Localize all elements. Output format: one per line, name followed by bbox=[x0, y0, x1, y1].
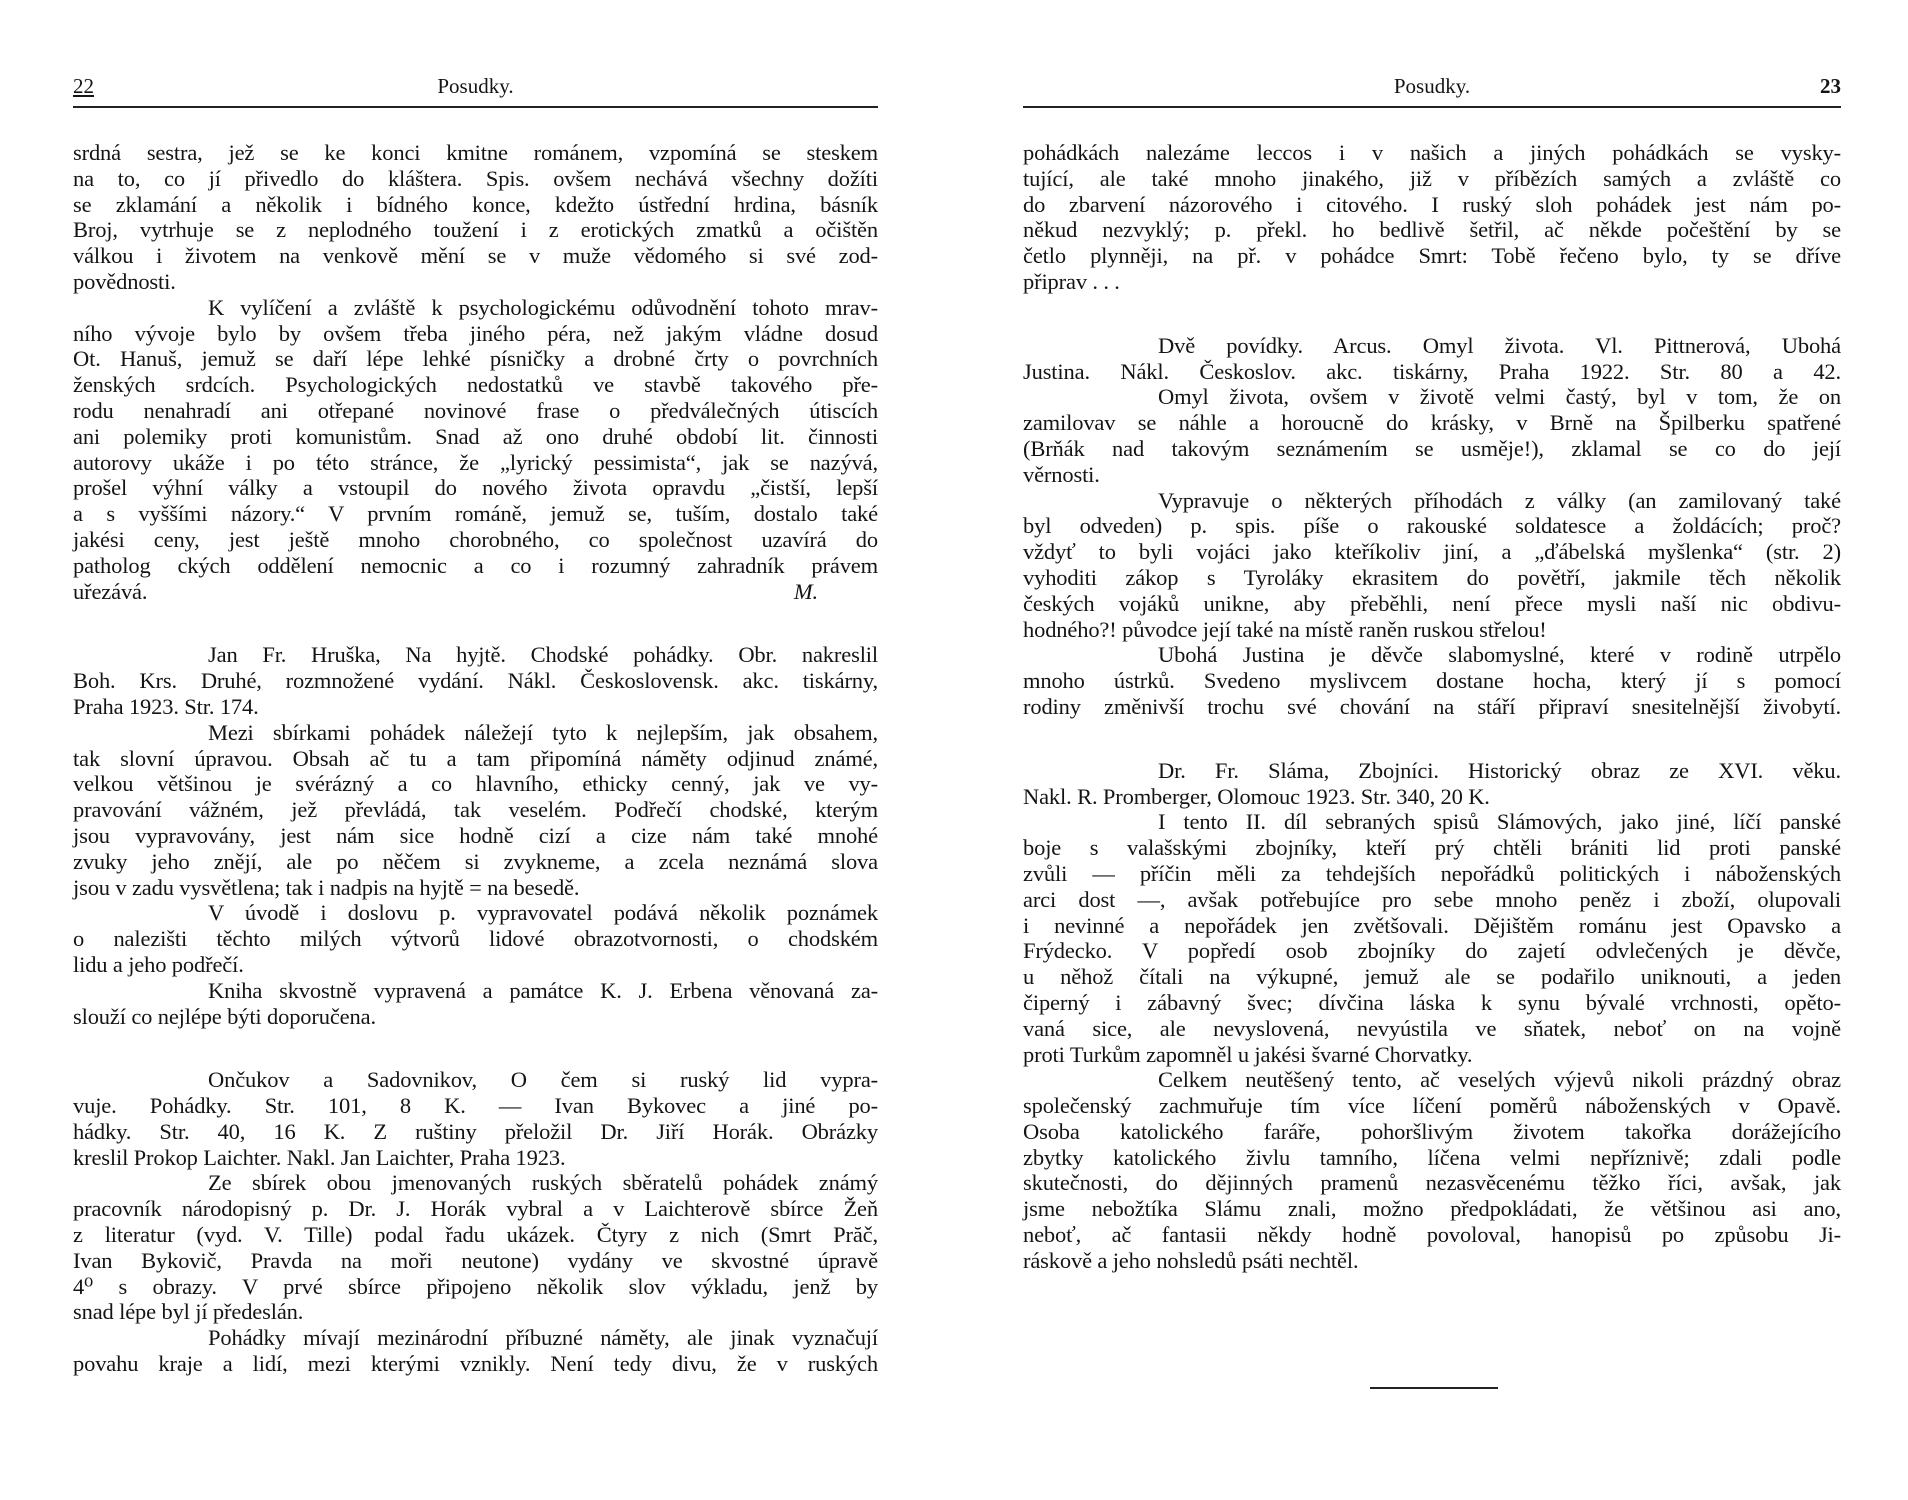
text-line: K vylíčení a zvláště k psychologickému o… bbox=[73, 295, 878, 321]
text-line: 4⁰ s obrazy. V prvé sbírce připojeno něk… bbox=[73, 1274, 878, 1300]
text-line: rodiny změnivší trochu své chování na st… bbox=[1023, 694, 1841, 720]
text-line: na to, co jí přivedlo do kláštera. Spis.… bbox=[73, 166, 878, 192]
text-line: Celkem neutěšený tento, ač veselých výje… bbox=[1023, 1067, 1841, 1093]
text-line: Ze sbírek obou jmenovaných ruských sběra… bbox=[73, 1170, 878, 1196]
text-line: neboť, ač fantasii někdy hodně povoloval… bbox=[1023, 1222, 1841, 1248]
text-line: hodného?! původce její také na místě ran… bbox=[1023, 617, 1841, 643]
text-line: autorovy ukáže i po této stránce, že „ly… bbox=[73, 450, 878, 476]
text-line: Dvě povídky. Arcus. Omyl života. Vl. Pit… bbox=[1023, 333, 1841, 359]
text-line: zamilovav se náhle a horoucně do krásky,… bbox=[1023, 410, 1841, 436]
page-body: srdná sestra, jež se ke konci kmitne rom… bbox=[73, 140, 878, 1377]
text-line: pravování vážném, jež převládá, tak vese… bbox=[73, 797, 878, 823]
text-line: vuje. Pohádky. Str. 101, 8 K. — Ivan Byk… bbox=[73, 1093, 878, 1119]
text-line: arci dost —, avšak potřebujíce pro sebe … bbox=[1023, 887, 1841, 913]
text-line: vyhoditi zákop s Tyroláky ekrasitem do p… bbox=[1023, 565, 1841, 591]
header-rule bbox=[73, 106, 878, 108]
text-line: českých vojáků unikne, aby přeběhli, nen… bbox=[1023, 591, 1841, 617]
text-line: I tento II. díl sebraných spisů Slámovýc… bbox=[1023, 809, 1841, 835]
text-line: Nakl. R. Promberger, Olomouc 1923. Str. … bbox=[1023, 784, 1841, 810]
text-line: se zklamání a několik i bídného konce, k… bbox=[73, 192, 878, 218]
page-body: pohádkách nalezáme leccos i v našich a j… bbox=[1023, 140, 1841, 1274]
text-line: lidu a jeho podřečí. bbox=[73, 952, 878, 978]
text-line: a s vyššími názory.“ V prvním románě, je… bbox=[73, 501, 878, 527]
text-line: Vypravuje o některých příhodách z války … bbox=[1023, 488, 1841, 514]
text-line: patholog ckých oddělení nemocnic a co i … bbox=[73, 553, 878, 579]
header-rule bbox=[1023, 106, 1841, 108]
text-line: Justina. Nákl. Českoslov. akc. tiskárny,… bbox=[1023, 359, 1841, 385]
text-line: Ubohá Justina je děvče slabomyslné, kter… bbox=[1023, 642, 1841, 668]
text-line: tující, ale také mnoho jinakého, již v p… bbox=[1023, 166, 1841, 192]
page-number: 23 bbox=[1820, 74, 1841, 99]
text-line: jsme nebožtíka Slámu znali, možno předpo… bbox=[1023, 1196, 1841, 1222]
text-line: Jan Fr. Hruška, Na hyjtě. Chodské pohádk… bbox=[73, 642, 878, 668]
text-line: vaná sice, ale nevyslovená, nevyústila v… bbox=[1023, 1016, 1841, 1042]
text-line: rodu nenahradí ani otřepané novinové fra… bbox=[73, 398, 878, 424]
text-line: pohádkách nalezáme leccos i v našich a j… bbox=[1023, 140, 1841, 166]
text-line: válkou i životem na venkově mění se v mu… bbox=[73, 243, 878, 269]
text-line: (Brňák nad takovým seznámením se usměje!… bbox=[1023, 436, 1841, 462]
text-line: z literatur (vyd. V. Tille) podal řadu u… bbox=[73, 1222, 878, 1248]
text-line: o nalezišti těchto milých výtvorů lidové… bbox=[73, 926, 878, 952]
text-line: povědnosti. bbox=[73, 269, 878, 295]
running-head-title: Posudky. bbox=[73, 74, 878, 99]
text-line: srdná sestra, jež se ke konci kmitne rom… bbox=[73, 140, 878, 166]
text-line: mnoho ústrků. Svedeno myslivcem dostane … bbox=[1023, 668, 1841, 694]
text-line: četlo plynněji, na př. v pohádce Smrt: T… bbox=[1023, 243, 1841, 269]
running-head-title: Posudky. bbox=[1023, 74, 1841, 99]
text-line: Pohádky mívají mezinárodní příbuzné námě… bbox=[73, 1325, 878, 1351]
text-line: velkou většinou je svérázný a co hlavníh… bbox=[73, 771, 878, 797]
paragraph-gap bbox=[73, 604, 878, 642]
text-line: jsou v zadu vysvětlena; tak i nadpis na … bbox=[73, 875, 878, 901]
text-line: připrav . . . bbox=[1023, 269, 1841, 295]
text-line: Boh. Krs. Druhé, rozmnožené vydání. Nákl… bbox=[73, 668, 878, 694]
text-line: snad lépe byl jí předeslán. bbox=[73, 1299, 878, 1325]
text-line: povahu kraje a lidí, mezi kterými vznikl… bbox=[73, 1351, 878, 1377]
text-line: ráskově a jeho nohsledů psáti nechtěl. bbox=[1023, 1248, 1841, 1274]
text-line: Omyl života, ovšem v životě velmi častý,… bbox=[1023, 384, 1841, 410]
text-line: Osoba katolického faráře, pohoršlivým ži… bbox=[1023, 1119, 1841, 1145]
text-line: uřezává.M. bbox=[73, 579, 878, 605]
text-line: ního vývoje bylo by ovšem třeba jiného p… bbox=[73, 321, 878, 347]
text-line: slouží co nejlépe býti doporučena. bbox=[73, 1004, 878, 1030]
text-line: tak slovní úpravou. Obsah ač tu a tam př… bbox=[73, 746, 878, 772]
text-line: Ot. Hanuš, jemuž se daří lépe lehké písn… bbox=[73, 346, 878, 372]
paragraph-gap bbox=[1023, 295, 1841, 333]
text-line: Broj, vytrhuje se z neplodného toužení i… bbox=[73, 217, 878, 243]
left-page: 22 Posudky. srdná sestra, jež se ke konc… bbox=[73, 0, 878, 1500]
end-rule bbox=[1370, 1387, 1498, 1389]
text-line: proti Turkům zapomněl u jakési švarné Ch… bbox=[1023, 1042, 1841, 1068]
running-head: 22 Posudky. bbox=[73, 74, 878, 104]
text-line: Ončukov a Sadovnikov, O čem si ruský lid… bbox=[73, 1067, 878, 1093]
paragraph-gap bbox=[1023, 720, 1841, 758]
text-line: Ivan Bykovič, Pravda na moři neutone) vy… bbox=[73, 1248, 878, 1274]
text-line: zvůli — příčin měli za tehdejších nepořá… bbox=[1023, 861, 1841, 887]
text-line: kreslil Prokop Laichter. Nakl. Jan Laich… bbox=[73, 1145, 878, 1171]
text-line: zbytky katolického živlu tamního, líčena… bbox=[1023, 1145, 1841, 1171]
text-line: Dr. Fr. Sláma, Zbojníci. Historický obra… bbox=[1023, 758, 1841, 784]
text-line: skutečnosti, do dějinných pramenů nezasv… bbox=[1023, 1170, 1841, 1196]
text-line: ženských srdcích. Psychologických nedost… bbox=[73, 372, 878, 398]
text-line: věrnosti. bbox=[1023, 462, 1841, 488]
text-line: čiperný i zábavný švec; dívčina láska k … bbox=[1023, 990, 1841, 1016]
text-line: do zbarvení názorového i citového. I rus… bbox=[1023, 192, 1841, 218]
text-line: Kniha skvostně vypravená a památce K. J.… bbox=[73, 978, 878, 1004]
text-line: Frýdecko. V popředí osob zbojníky do zaj… bbox=[1023, 938, 1841, 964]
text-line: u něhož čítali na výkupné, jemuž ale se … bbox=[1023, 964, 1841, 990]
paragraph-gap bbox=[73, 1029, 878, 1067]
text-line: někud nezvyklý; p. překl. ho bedlivě šet… bbox=[1023, 217, 1841, 243]
signature: M. bbox=[794, 579, 818, 605]
text-line: vždyť to byli vojáci jako kteříkoliv jin… bbox=[1023, 539, 1841, 565]
text-line: pracovník národopisný p. Dr. J. Horák vy… bbox=[73, 1196, 878, 1222]
text-line: Mezi sbírkami pohádek náležejí tyto k ne… bbox=[73, 720, 878, 746]
text-line: V úvodě i doslovu p. vypravovatel podává… bbox=[73, 900, 878, 926]
text-line: hádky. Str. 40, 16 K. Z ruštiny přeložil… bbox=[73, 1119, 878, 1145]
right-page: Posudky. 23 pohádkách nalezáme leccos i … bbox=[1023, 0, 1841, 1500]
text-line: i nevinné a nepořádek jen zvětšovali. Dě… bbox=[1023, 913, 1841, 939]
text-line: jakési ceny, jest ještě mnoho chorobného… bbox=[73, 527, 878, 553]
text-line: ani polemiky proti komunistům. Snad až o… bbox=[73, 424, 878, 450]
text-line: boje s valašskými zbojníky, kteří prý ch… bbox=[1023, 835, 1841, 861]
text-line: byl odveden) p. spis. píše o rakouské so… bbox=[1023, 513, 1841, 539]
text-line: Praha 1923. Str. 174. bbox=[73, 694, 878, 720]
text-line: jsou vypravovány, jest nám sice hodně ci… bbox=[73, 823, 878, 849]
running-head: Posudky. 23 bbox=[1023, 74, 1841, 104]
text-line: zvuky jeho znějí, ale po něčem si zvykne… bbox=[73, 849, 878, 875]
text-line: společenský zachmuřuje tím více líčení p… bbox=[1023, 1093, 1841, 1119]
text-line: prošel výhní války a vstoupil do nového … bbox=[73, 475, 878, 501]
